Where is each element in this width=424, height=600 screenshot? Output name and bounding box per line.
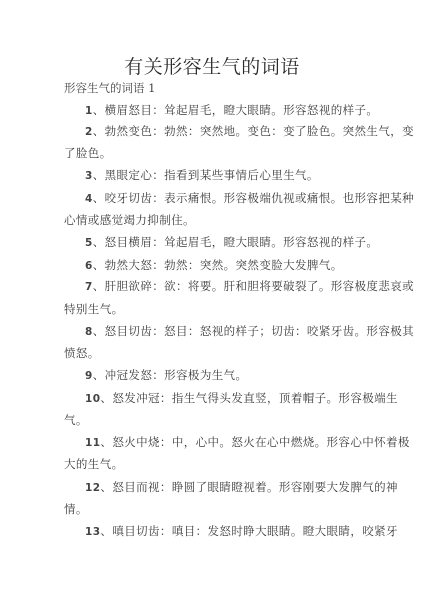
- item-continuation: 情。: [64, 501, 88, 517]
- list-item: 13、嗔目切齿：嗔目：发怒时睁大眼睛。瞪大眼睛，咬紧牙: [85, 523, 398, 539]
- item-number: 6: [85, 260, 93, 272]
- item-number: 12: [85, 482, 100, 494]
- section-heading: 形容生气的词语 1: [64, 80, 155, 96]
- item-number: 13: [85, 526, 100, 538]
- list-item: 8、怒目切齿：怒目：怒视的样子；切齿：咬紧牙齿。形容极其: [85, 323, 414, 339]
- item-text: 、勃然变色：勃然：突然地。变色：变了脸色。突然生气，变: [93, 124, 414, 138]
- item-number: 3: [85, 170, 93, 182]
- list-item: 7、肝胆欲碎：欲：将要。肝和胆将要破裂了。形容极度悲哀或: [85, 278, 414, 294]
- list-item: 6、勃然大怒：勃然：突然。突然变脸大发脾气。: [85, 257, 343, 273]
- item-text: 、肝胆欲碎：欲：将要。肝和胆将要破裂了。形容极度悲哀或: [93, 279, 414, 293]
- document-title: 有关形容生气的词语: [0, 52, 424, 79]
- item-text: 、勃然大怒：勃然：突然。突然变脸大发脾气。: [93, 258, 343, 272]
- item-number: 10: [85, 393, 100, 405]
- item-text: 、怒火中烧：中，心中。怒火在心中燃烧。形容心中怀着极: [100, 435, 409, 449]
- item-text: 、咬牙切齿：表示痛恨。形容极端仇视或痛恨。也形容把某种: [93, 191, 414, 205]
- item-number: 5: [85, 237, 93, 249]
- item-text: 、怒目横眉：耸起眉毛，瞪大眼睛。形容怒视的样子。: [93, 235, 379, 249]
- item-number: 9: [85, 370, 93, 382]
- item-continuation: 愤怒。: [64, 345, 100, 361]
- item-continuation: 特别生气。: [64, 301, 124, 317]
- item-text: 、怒目而视：睁圆了眼睛瞪视着。形容刚要大发脾气的神: [100, 480, 398, 494]
- item-number: 1: [85, 105, 93, 117]
- item-number: 8: [85, 326, 93, 338]
- item-continuation: 了脸色。: [64, 145, 112, 161]
- item-number: 4: [85, 193, 93, 205]
- item-continuation: 气。: [64, 412, 88, 428]
- list-item: 4、咬牙切齿：表示痛恨。形容极端仇视或痛恨。也形容把某种: [85, 190, 414, 206]
- list-item: 9、冲冠发怒：形容极为生气。: [85, 367, 247, 383]
- item-continuation: 大的生气。: [64, 456, 124, 472]
- list-item: 2、勃然变色：勃然：突然地。变色：变了脸色。突然生气，变: [85, 123, 414, 139]
- item-text: 、横眉怒目：耸起眉毛，瞪大眼睛。形容怒视的样子。: [93, 103, 379, 117]
- list-item: 12、怒目而视：睁圆了眼睛瞪视着。形容刚要大发脾气的神: [85, 479, 398, 495]
- list-item: 11、怒火中烧：中，心中。怒火在心中燃烧。形容心中怀着极: [85, 434, 410, 450]
- item-continuation: 心情或感觉竭力抑制住。: [64, 212, 195, 228]
- item-text: 、黑眼定心：指看到某些事情后心里生气。: [93, 168, 319, 182]
- item-number: 2: [85, 126, 93, 138]
- item-text: 、怒发冲冠：指生气得头发直竖，顶着帽子。形容极端生: [100, 391, 398, 405]
- item-text: 、冲冠发怒：形容极为生气。: [93, 368, 248, 382]
- item-text: 、嗔目切齿：嗔目：发怒时睁大眼睛。瞪大眼睛，咬紧牙: [100, 524, 398, 538]
- list-item: 3、黑眼定心：指看到某些事情后心里生气。: [85, 167, 319, 183]
- list-item: 10、怒发冲冠：指生气得头发直竖，顶着帽子。形容极端生: [85, 390, 398, 406]
- list-item: 1、横眉怒目：耸起眉毛，瞪大眼睛。形容怒视的样子。: [85, 102, 378, 118]
- item-number: 11: [85, 437, 100, 449]
- item-text: 、怒目切齿：怒目：怒视的样子；切齿：咬紧牙齿。形容极其: [93, 324, 414, 338]
- list-item: 5、怒目横眉：耸起眉毛，瞪大眼睛。形容怒视的样子。: [85, 234, 378, 250]
- item-number: 7: [85, 281, 93, 293]
